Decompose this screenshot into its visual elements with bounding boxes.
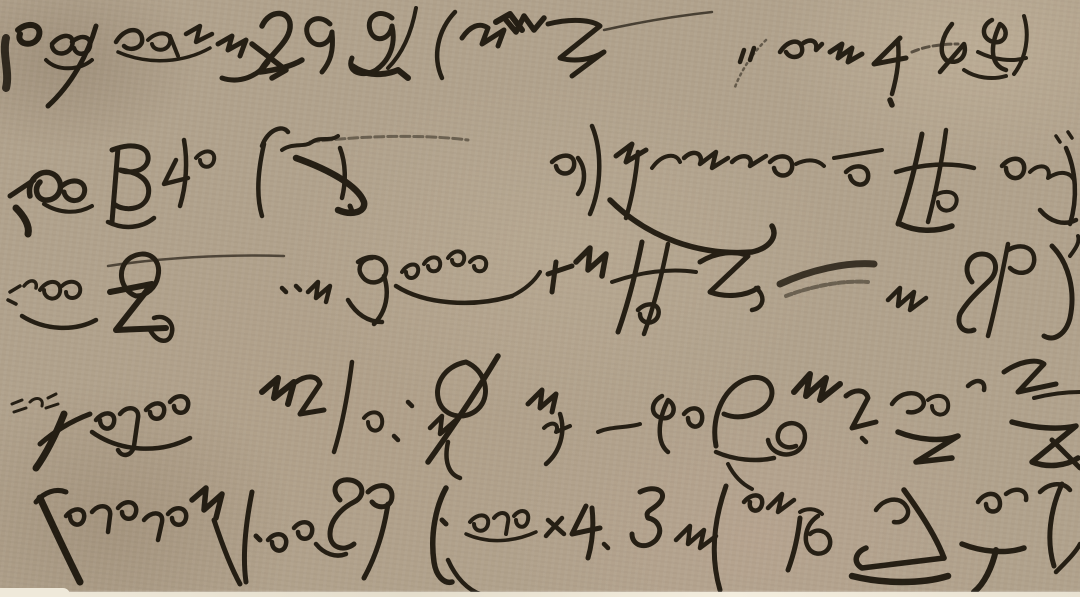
calligraphy-row-5 <box>36 480 1080 595</box>
calligraphy-row-4 <box>12 356 1080 489</box>
calligraphy-row-1 <box>5 8 1027 106</box>
calligraphy-row-3 <box>8 236 1079 341</box>
calligraphy-row-2 <box>10 126 1076 253</box>
manuscript-photo: Photograph of a handwritten cursive call… <box>0 0 1080 597</box>
photo-bottom-edge <box>0 592 1080 597</box>
calligraphy-ink <box>0 0 1080 597</box>
